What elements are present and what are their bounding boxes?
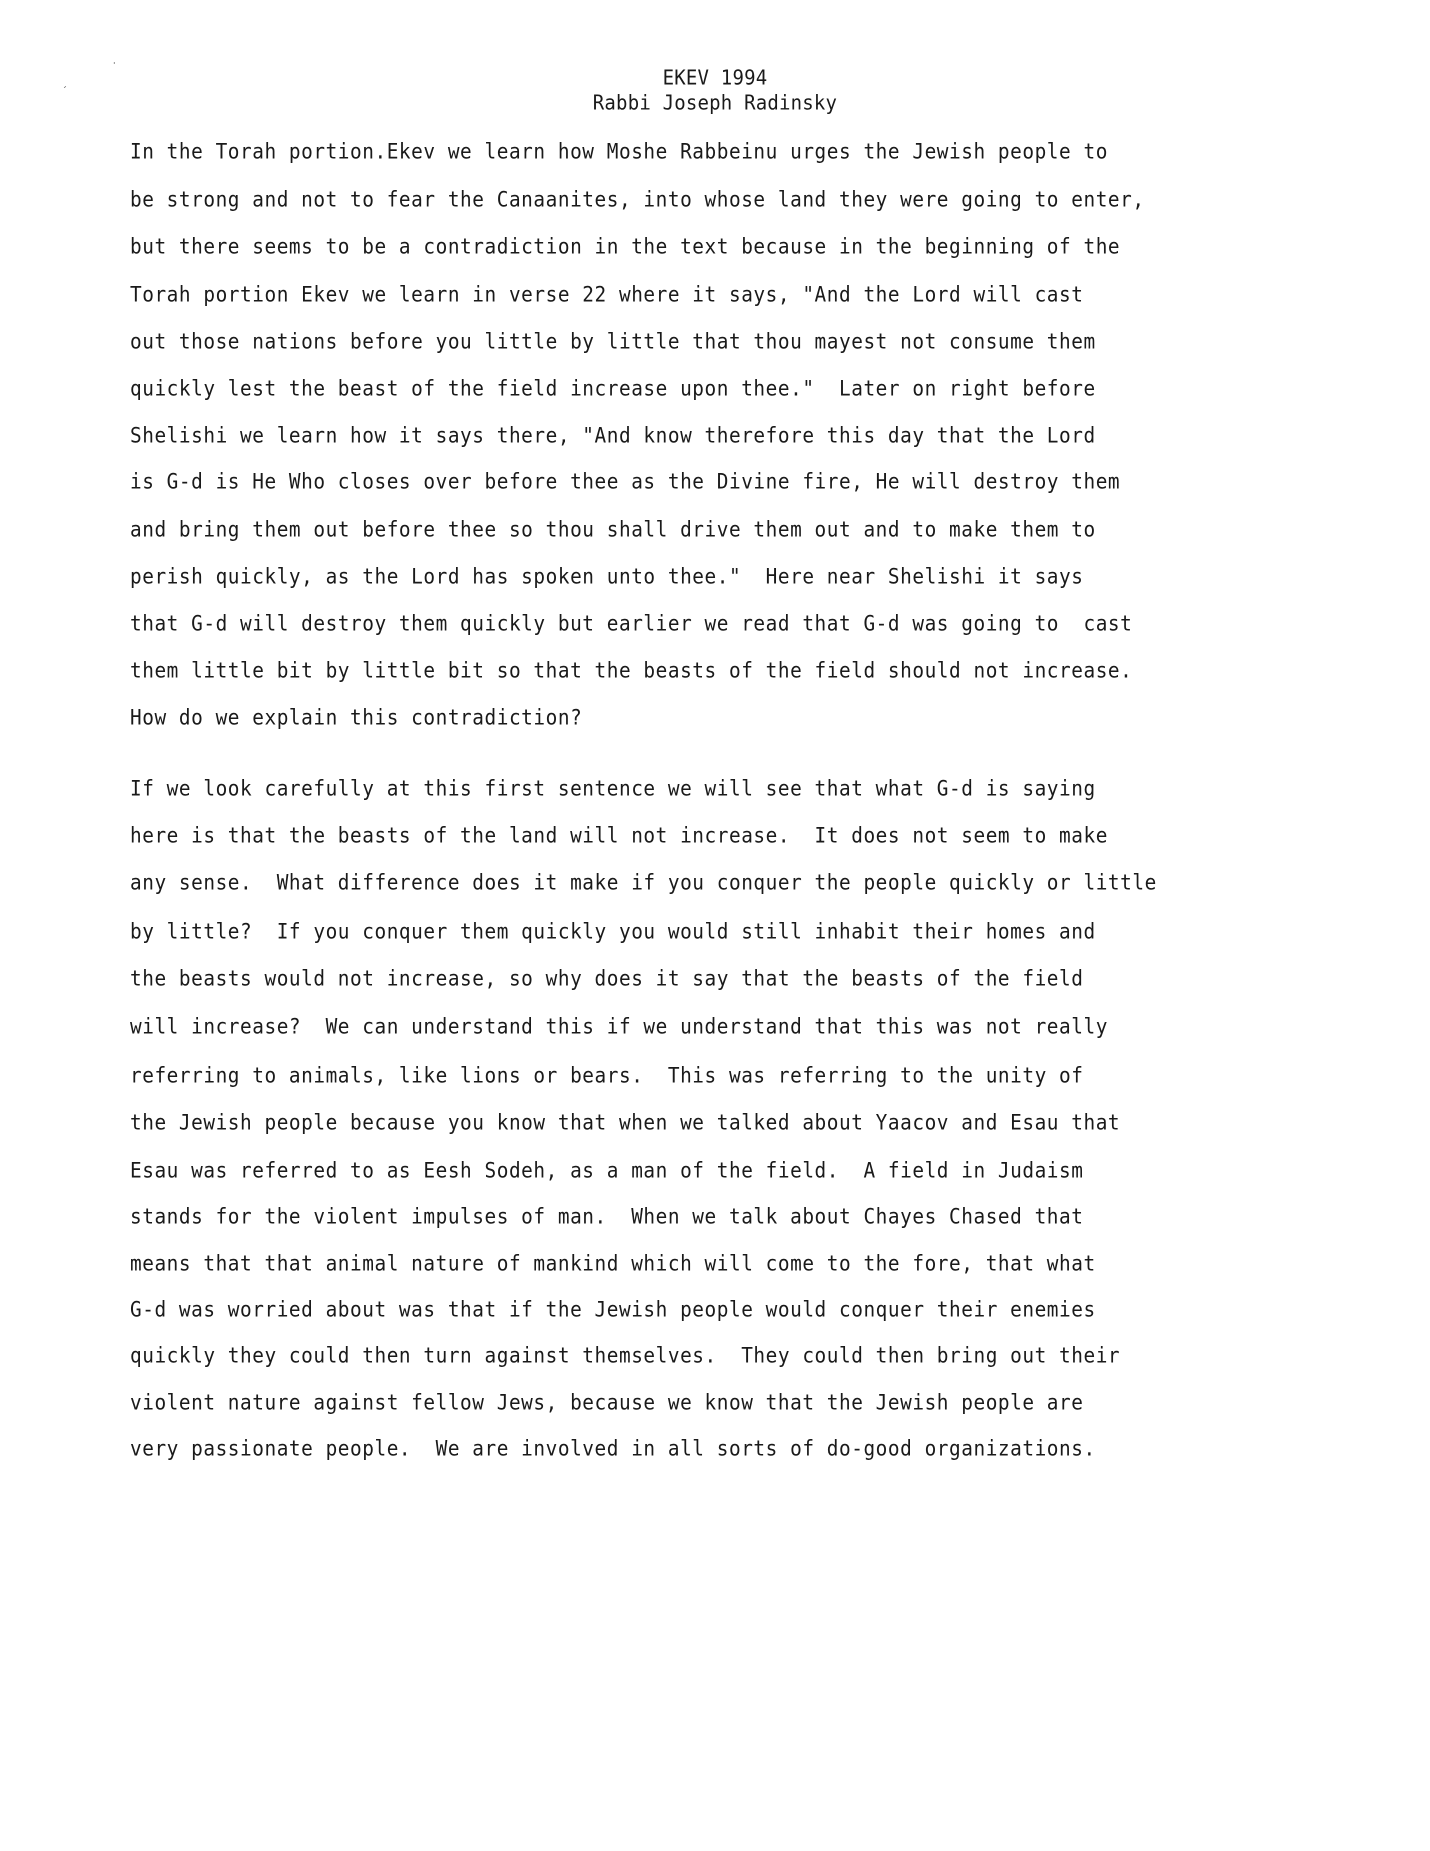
text-line: perish quickly, as the Lord has spoken u… bbox=[130, 564, 1083, 590]
text-line: quickly lest the beast of the field incr… bbox=[130, 376, 1096, 402]
text-line: Torah portion Ekev we learn in verse 22 … bbox=[130, 282, 1083, 308]
document-page: ⸳ ˏ EKEV 1994 Rabbi Joseph Radinsky In t… bbox=[0, 0, 1430, 1851]
text-line: G-d was worried about was that if the Je… bbox=[130, 1297, 1096, 1323]
text-line: very passionate people. We are involved … bbox=[130, 1436, 1096, 1462]
text-line: Shelishi we learn how it says there, "An… bbox=[130, 423, 1096, 449]
text-line: by little? If you conquer them quickly y… bbox=[130, 919, 1096, 945]
text-line: the Jewish people because you know that … bbox=[130, 1110, 1120, 1136]
text-line: If we look carefully at this first sente… bbox=[130, 776, 1096, 802]
document-author: Rabbi Joseph Radinsky bbox=[0, 91, 1430, 115]
text-line: violent nature against fellow Jews, beca… bbox=[130, 1390, 1083, 1416]
text-line: stands for the violent impulses of man. … bbox=[130, 1204, 1083, 1230]
text-line: be strong and not to fear the Canaanites… bbox=[130, 187, 1145, 213]
text-line: means that that animal nature of mankind… bbox=[130, 1251, 1096, 1277]
text-line: quickly they could then turn against the… bbox=[130, 1343, 1120, 1369]
document-title: EKEV 1994 bbox=[0, 66, 1430, 90]
text-line: but there seems to be a contradiction in… bbox=[130, 234, 1120, 260]
text-line: Esau was referred to as Eesh Sodeh, as a… bbox=[130, 1158, 1083, 1184]
text-line: and bring them out before thee so thou s… bbox=[130, 517, 1096, 543]
text-line: out those nations before you little by l… bbox=[130, 329, 1096, 355]
text-line: referring to animals, like lions or bear… bbox=[130, 1063, 1083, 1089]
text-line: that G-d will destroy them quickly but e… bbox=[130, 611, 1132, 637]
text-line: them little bit by little bit so that th… bbox=[130, 658, 1132, 684]
text-line: any sense. What difference does it make … bbox=[130, 870, 1157, 896]
text-line: In the Torah portion.Ekev we learn how M… bbox=[130, 139, 1108, 165]
text-line: the beasts would not increase, so why do… bbox=[130, 966, 1083, 992]
text-line: here is that the beasts of the land will… bbox=[130, 823, 1108, 849]
text-line: How do we explain this contradiction? bbox=[130, 705, 582, 731]
text-line: will increase? We can understand this if… bbox=[130, 1014, 1108, 1040]
text-line: is G-d is He Who closes over before thee… bbox=[130, 469, 1120, 495]
